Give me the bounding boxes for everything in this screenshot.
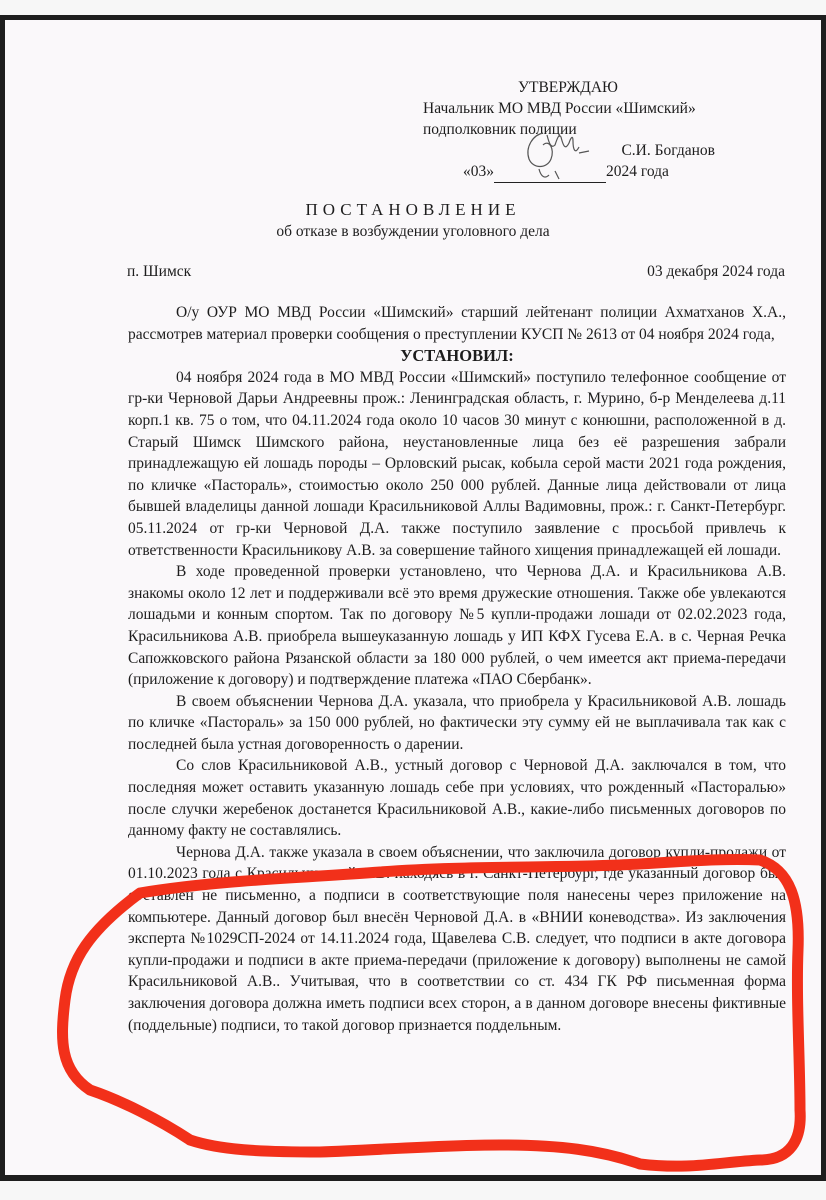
- document-body: О/у ОУР МО МВД России «Шимский» старший …: [128, 302, 786, 1036]
- document-page: УТВЕРЖДАЮ Начальник МО МВД России «Шимск…: [5, 20, 821, 1175]
- body-paragraph-highlighted: Чернова Д.А. также указала в своем объяс…: [128, 842, 786, 1036]
- section-heading: УСТАНОВИЛ:: [128, 345, 786, 367]
- body-paragraph: В ходе проведенной проверки установлено,…: [128, 561, 786, 691]
- place-date-row: п. Шимск 03 декабря 2024 года: [127, 263, 785, 281]
- body-paragraph: Со слов Красильниковой А.В., устный дого…: [128, 755, 786, 841]
- document-date: 03 декабря 2024 года: [647, 263, 785, 281]
- intro-paragraph: О/у ОУР МО МВД России «Шимский» старший …: [128, 302, 786, 345]
- handwritten-signature-icon: [515, 125, 605, 185]
- approval-signer: С.И. Богданов: [621, 140, 715, 161]
- body-paragraph: 04 ноября 2024 года в МО МВД России «Шим…: [128, 367, 786, 561]
- approval-title: УТВЕРЖДАЮ: [413, 77, 723, 98]
- document-title: ПОСТАНОВЛЕНИЕ: [5, 200, 821, 220]
- approval-date-day: «03»: [463, 163, 494, 180]
- document-subtitle: об отказе в возбуждении уголовного дела: [5, 223, 821, 241]
- approval-date-year: 2024 года: [606, 163, 669, 180]
- approval-position: Начальник МО МВД России «Шимский»: [423, 98, 723, 119]
- document-place: п. Шимск: [127, 263, 191, 281]
- body-paragraph: В своем объяснении Чернова Д.А. указала,…: [128, 691, 786, 756]
